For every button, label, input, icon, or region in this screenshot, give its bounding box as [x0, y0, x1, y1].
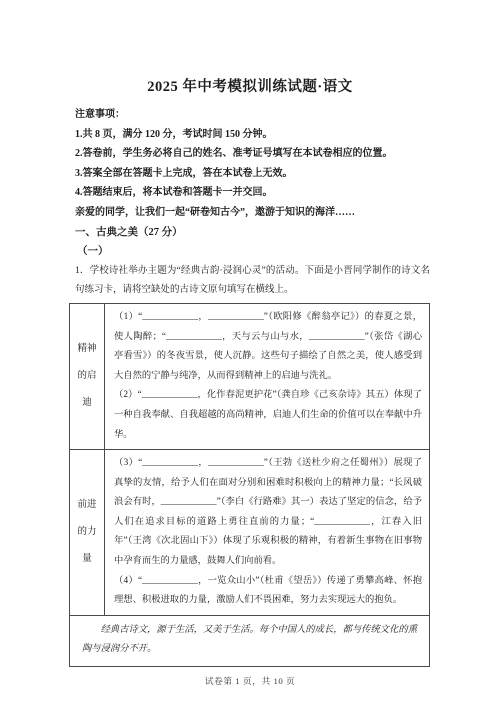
notice-section: 注意事项： 1.共 8 页，满分 120 分，考试时间 150 分钟。 2.答卷…	[75, 105, 432, 223]
content-paragraph: （4）“____________，一览众山小”（杜甫《望岳》）传递了勇攀高峰、怀…	[114, 572, 422, 611]
row-content-power: （3）“____________，____________”（王勃《送杜少府之任…	[105, 450, 430, 616]
page-number-footer: 试卷第 1 页，共 10 页	[0, 674, 500, 687]
notice-item-4: 4.答题结束后，将本试卷和答题卡一并交回。	[75, 183, 432, 203]
question-intro: 1．学校诗社举办主题为“经典古韵·浸润心灵”的活动。下面是小晋同学制作的诗文名句…	[75, 262, 430, 301]
notice-item-3: 3.答案全部在答题卡上完成，答在本试卷上无效。	[75, 164, 432, 184]
content-paragraph: （1）“____________，____________”（欧阳修《醉翁亭记》…	[114, 308, 422, 386]
notice-heading: 注意事项：	[75, 105, 432, 125]
table-row: 经典古诗文，源于生活，又美于生活。每个中国人的成长，都与传统文化的熏陶与浸润分不…	[70, 615, 430, 666]
notice-item-2: 2.答卷前，学生务必将自己的姓名、准考证号填写在本试卷相应的位置。	[75, 144, 432, 164]
notice-item-1: 1.共 8 页，满分 120 分，考试时间 150 分钟。	[75, 125, 432, 145]
row-label-spirit: 精神的启迪	[70, 303, 105, 449]
poetry-card-table: 精神的启迪 （1）“____________，____________”（欧阳修…	[69, 303, 430, 667]
table-row: 精神的启迪 （1）“____________，____________”（欧阳修…	[70, 303, 430, 449]
content-paragraph: （3）“____________，____________”（王勃《送杜少府之任…	[114, 454, 422, 572]
section-heading: 一、古典之美（27 分）	[75, 223, 500, 243]
row-content-spirit: （1）“____________，____________”（欧阳修《醉翁亭记》…	[105, 303, 430, 449]
row-label-power: 前进的力量	[70, 450, 105, 616]
card-footer-note: 经典古诗文，源于生活，又美于生活。每个中国人的成长，都与传统文化的熏陶与浸润分不…	[70, 615, 430, 666]
greeting-line: 亲爱的同学，让我们一起“研卷知古今”，遨游于知识的海洋……	[75, 203, 432, 223]
subsection-label: （一）	[77, 242, 500, 262]
page-title: 2025 年中考模拟训练试题·语文	[0, 78, 500, 96]
exam-paper-page: 2025 年中考模拟训练试题·语文 注意事项： 1.共 8 页，满分 120 分…	[0, 0, 500, 707]
table-row: 前进的力量 （3）“____________，____________”（王勃《…	[70, 450, 430, 616]
content-paragraph: （2）“____________，化作春泥更护花”（龚自珍《己亥杂诗》其五）体现…	[114, 386, 422, 445]
